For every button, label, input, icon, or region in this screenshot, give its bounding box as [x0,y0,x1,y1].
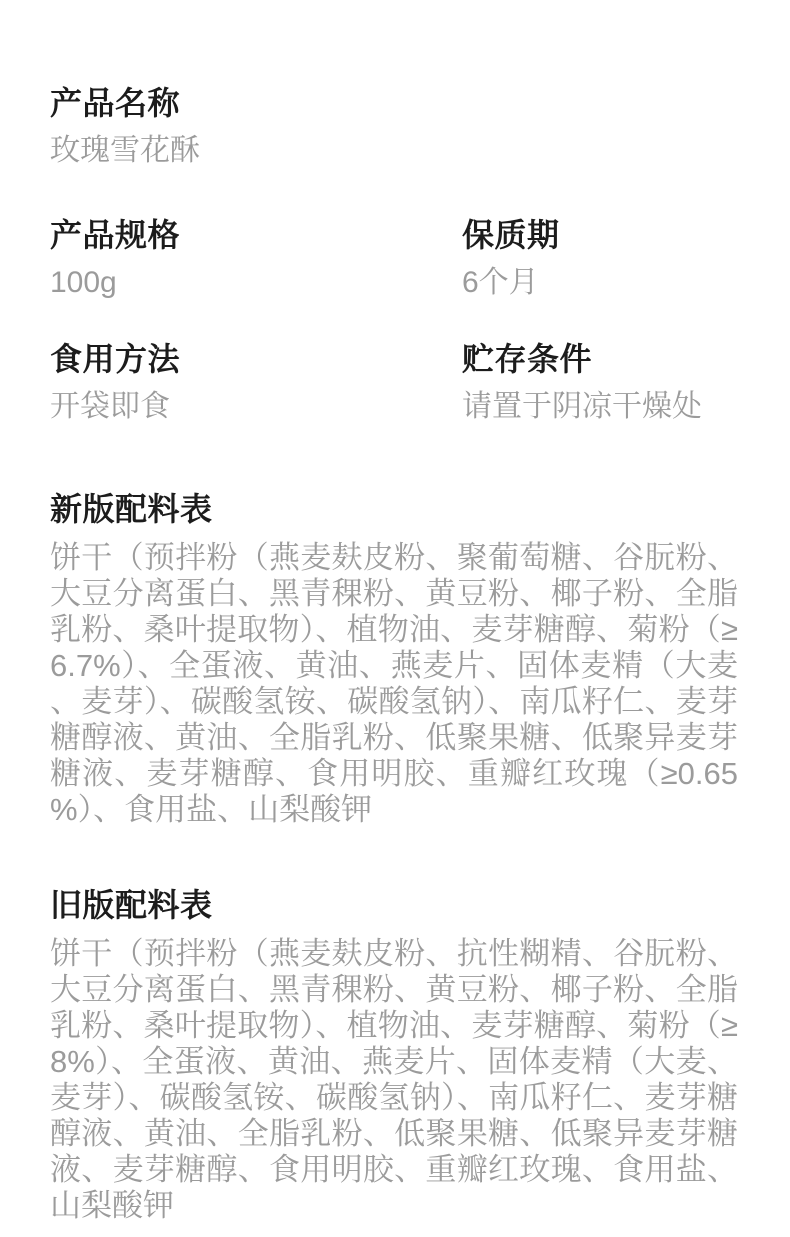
old-ingredients-section: 旧版配料表 饼干（预拌粉（燕麦麸皮粉、抗性糊精、谷朊粉、大豆分离蛋白、黑青稞粉、… [50,886,738,1224]
shelf-life-value: 6个月 [462,264,738,302]
shelf-life-section: 保质期 6个月 [462,216,738,302]
old-ingredients-label: 旧版配料表 [50,886,738,924]
spec-section: 产品规格 100g [50,216,462,302]
usage-value: 开袋即食 [50,388,462,426]
new-ingredients-text: 饼干（预拌粉（燕麦麸皮粉、聚葡萄糖、谷朊粉、大豆分离蛋白、黑青稞粉、黄豆粉、椰子… [50,540,738,828]
shelf-life-label: 保质期 [462,216,738,254]
spec-value: 100g [50,264,462,302]
spec-shelflife-row: 产品规格 100g 保质期 6个月 [50,216,738,302]
usage-section: 食用方法 开袋即食 [50,340,462,426]
product-info-page: 产品名称 玫瑰雪花酥 产品规格 100g 保质期 6个月 食用方法 开袋即食 贮… [0,0,790,1237]
usage-label: 食用方法 [50,340,462,378]
new-ingredients-section: 新版配料表 饼干（预拌粉（燕麦麸皮粉、聚葡萄糖、谷朊粉、大豆分离蛋白、黑青稞粉、… [50,490,738,828]
product-name-value: 玫瑰雪花酥 [50,132,738,170]
product-name-label: 产品名称 [50,84,738,122]
old-ingredients-text: 饼干（预拌粉（燕麦麸皮粉、抗性糊精、谷朊粉、大豆分离蛋白、黑青稞粉、黄豆粉、椰子… [50,936,738,1224]
storage-section: 贮存条件 请置于阴凉干燥处 [462,340,738,426]
product-name-section: 产品名称 玫瑰雪花酥 [50,84,738,170]
storage-value: 请置于阴凉干燥处 [462,388,738,426]
new-ingredients-label: 新版配料表 [50,490,738,528]
usage-storage-row: 食用方法 开袋即食 贮存条件 请置于阴凉干燥处 [50,340,738,426]
spec-label: 产品规格 [50,216,462,254]
storage-label: 贮存条件 [462,340,738,378]
